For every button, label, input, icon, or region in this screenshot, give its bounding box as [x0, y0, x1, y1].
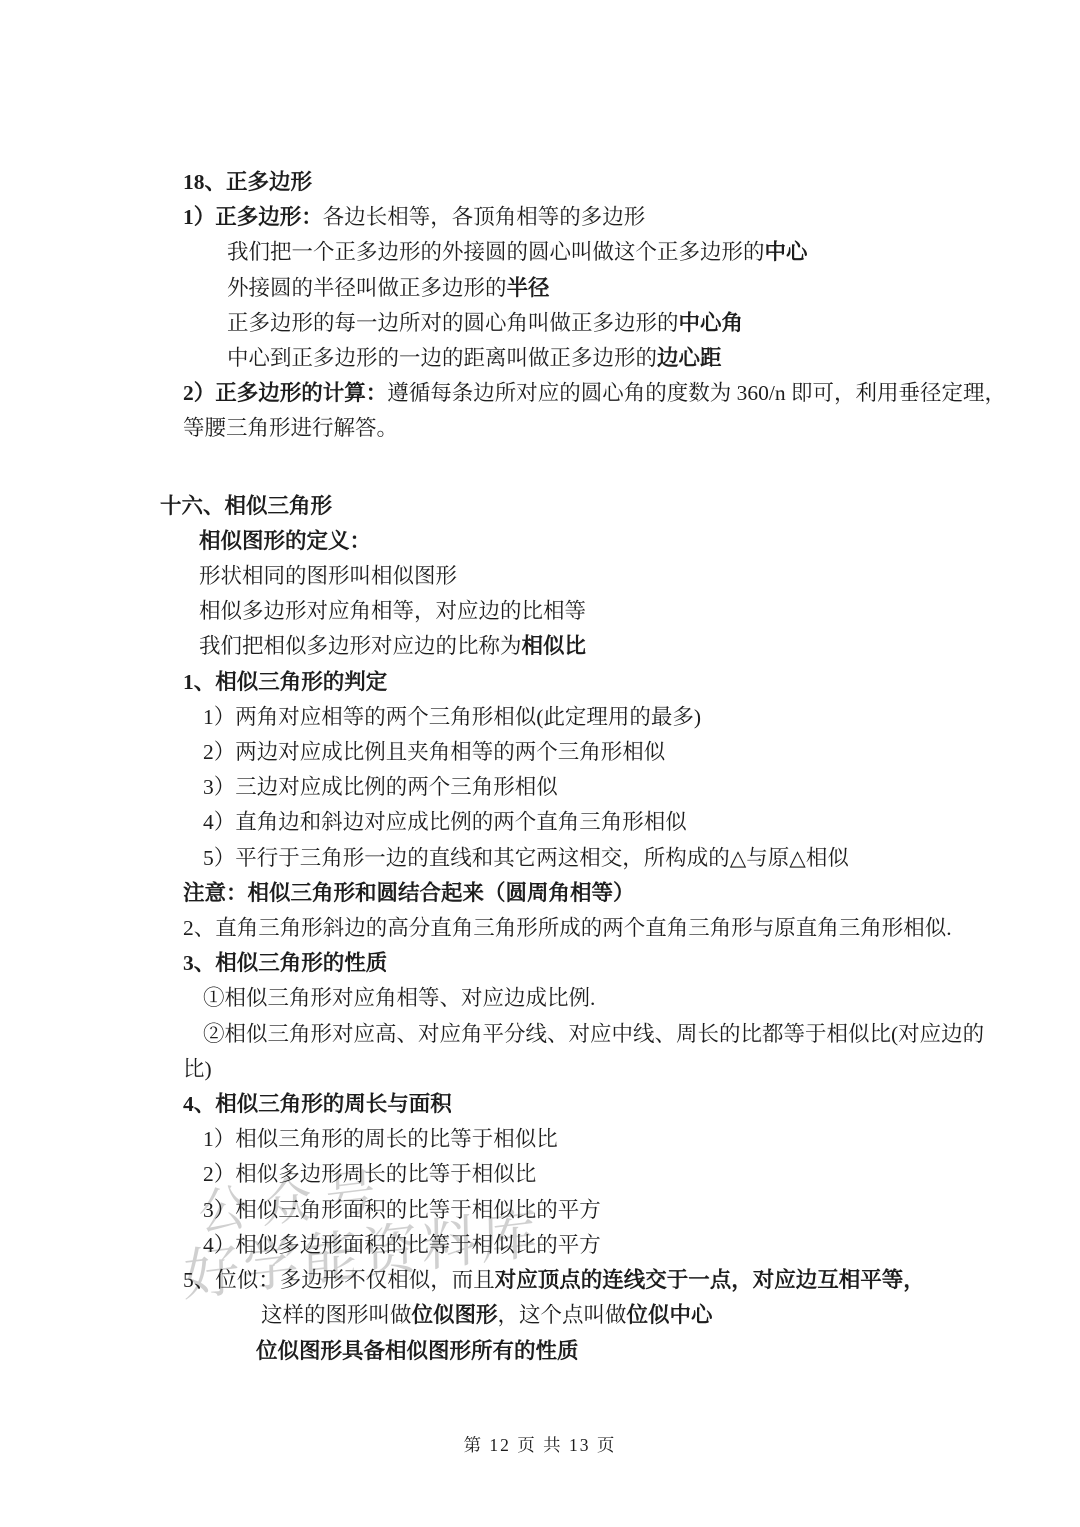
text-run: 外接圆的半径叫做正多边形的 [227, 276, 507, 300]
text-line: 中心到正多边形的一边的距离叫做正多边形的边心距 [227, 341, 950, 376]
text-line: 形状相同的图形叫相似图形 [199, 559, 950, 594]
text-run-bold: 中心 [765, 240, 808, 264]
text-line: 2、直角三角形斜边的高分直角三角形所成的两个直角三角形与原直角三角形相似. [183, 911, 950, 946]
text-line: 正多边形的每一边所对的圆心角叫做正多边形的中心角 [227, 306, 950, 341]
text-line: 2）正多边形的计算：遵循每条边所对应的圆心角的度数为 360/n 即可，利用垂径… [183, 376, 950, 411]
text-run: 2）两边对应成比例且夹角相等的两个三角形相似 [203, 740, 665, 764]
text-run-bold: 3、相似三角形的性质 [183, 951, 387, 975]
text-run: 5、位似：多边形不仅相似，而且 [183, 1268, 495, 1292]
text-run-bold: 十六、相似三角形 [160, 494, 332, 518]
text-line: 等腰三角形进行解答。 [183, 411, 950, 446]
text-run: 2、直角三角形斜边的高分直角三角形所成的两个直角三角形与原直角三角形相似. [183, 916, 952, 940]
text-line: 3、相似三角形的性质 [183, 946, 950, 981]
text-run: 4）直角边和斜边对应成比例的两个直角三角形相似 [203, 810, 687, 834]
page-footer: 第 12 页 共 13 页 [0, 1432, 1080, 1457]
text-run: ②相似三角形对应高、对应角平分线、对应中线、周长的比都等于相似比(对应边的 [203, 1022, 984, 1046]
text-line: 18、正多边形 [183, 165, 950, 200]
text-line: ①相似三角形对应角相等、对应边成比例. [203, 981, 950, 1016]
text-run: 2）相似多边形周长的比等于相似比 [203, 1162, 536, 1186]
text-run-bold: 半径 [507, 276, 550, 300]
text-run: 比) [183, 1057, 212, 1081]
text-line: ②相似三角形对应高、对应角平分线、对应中线、周长的比都等于相似比(对应边的 [203, 1017, 950, 1052]
text-line: 1、相似三角形的判定 [183, 665, 950, 700]
text-run-bold: 位似中心 [627, 1303, 713, 1327]
text-run-bold: 对应顶点的连线交于一点，对应边互相平等， [495, 1268, 925, 1292]
text-line: 我们把相似多边形对应边的比称为相似比 [199, 629, 950, 664]
text-run-bold: 1）正多边形： [183, 205, 323, 229]
text-line: 2）两边对应成比例且夹角相等的两个三角形相似 [203, 735, 950, 770]
text-run-bold: 中心角 [679, 311, 744, 335]
text-run-bold: 注意：相似三角形和圆结合起来（圆周角相等） [183, 881, 635, 905]
text-line: 5）平行于三角形一边的直线和其它两这相交，所构成的△与原△相似 [203, 841, 950, 876]
text-run-bold: 4、相似三角形的周长与面积 [183, 1092, 452, 1116]
text-line: 4）相似多边形面积的比等于相似比的平方 [203, 1228, 950, 1263]
text-run: 各边长相等，各顶角相等的多边形 [323, 205, 646, 229]
text-run-bold: 位似图形具备相似图形所有的性质 [256, 1339, 579, 1363]
text-line: 这样的图形叫做位似图形，这个点叫做位似中心 [261, 1298, 950, 1333]
text-line: 4）直角边和斜边对应成比例的两个直角三角形相似 [203, 805, 950, 840]
text-run: 1）相似三角形的周长的比等于相似比 [203, 1127, 558, 1151]
text-run: 5）平行于三角形一边的直线和其它两这相交，所构成的△与原△相似 [203, 846, 849, 870]
text-line: 十六、相似三角形 [160, 489, 950, 524]
text-run-bold: 2）正多边形的计算： [183, 381, 387, 405]
document-body: 18、正多边形1）正多边形：各边长相等，各顶角相等的多边形我们把一个正多边形的外… [160, 165, 950, 1369]
text-run-bold: 18、正多边形 [183, 170, 312, 194]
text-run-bold: 相似比 [522, 634, 587, 658]
text-run-bold: 1、相似三角形的判定 [183, 670, 387, 694]
text-run: 正多边形的每一边所对的圆心角叫做正多边形的 [227, 311, 679, 335]
text-line: 比) [183, 1052, 950, 1087]
text-run: ①相似三角形对应角相等、对应边成比例. [203, 986, 595, 1010]
text-line: 3）相似三角形面积的比等于相似比的平方 [203, 1193, 950, 1228]
text-line: 1）相似三角形的周长的比等于相似比 [203, 1122, 950, 1157]
text-run: 1）两角对应相等的两个三角形相似(此定理用的最多) [203, 705, 701, 729]
text-run: 我们把一个正多边形的外接圆的圆心叫做这个正多边形的 [227, 240, 765, 264]
text-run: 4）相似多边形面积的比等于相似比的平方 [203, 1233, 601, 1257]
text-run: 中心到正多边形的一边的距离叫做正多边形的 [227, 346, 657, 370]
text-run: 这样的图形叫做 [261, 1303, 412, 1327]
text-run-bold: 相似图形的定义： [199, 529, 371, 553]
text-run: 3）三边对应成比例的两个三角形相似 [203, 775, 558, 799]
text-line: 相似图形的定义： [199, 524, 950, 559]
text-run-bold: 位似图形 [412, 1303, 498, 1327]
text-line: 注意：相似三角形和圆结合起来（圆周角相等） [183, 876, 950, 911]
text-line: 位似图形具备相似图形所有的性质 [256, 1334, 950, 1369]
text-run: 等腰三角形进行解答。 [183, 416, 398, 440]
text-line: 1）两角对应相等的两个三角形相似(此定理用的最多) [203, 700, 950, 735]
text-line: 我们把一个正多边形的外接圆的圆心叫做这个正多边形的中心 [227, 235, 950, 270]
text-run-bold: 边心距 [657, 346, 722, 370]
text-line: 外接圆的半径叫做正多边形的半径 [227, 271, 950, 306]
text-line: 5、位似：多边形不仅相似，而且对应顶点的连线交于一点，对应边互相平等， [183, 1263, 950, 1298]
text-line: 1）正多边形：各边长相等，各顶角相等的多边形 [183, 200, 950, 235]
text-line: 4、相似三角形的周长与面积 [183, 1087, 950, 1122]
text-run: 3）相似三角形面积的比等于相似比的平方 [203, 1198, 601, 1222]
text-run: 形状相同的图形叫相似图形 [199, 564, 457, 588]
text-line: 2）相似多边形周长的比等于相似比 [203, 1157, 950, 1192]
text-run: ，这个点叫做 [498, 1303, 627, 1327]
text-line: 3）三边对应成比例的两个三角形相似 [203, 770, 950, 805]
text-line: 相似多边形对应角相等，对应边的比相等 [199, 594, 950, 629]
document-page: 公众号 好学能资料库 18、正多边形1）正多边形：各边长相等，各顶角相等的多边形… [0, 0, 1080, 1527]
text-run: 相似多边形对应角相等，对应边的比相等 [199, 599, 586, 623]
text-run: 我们把相似多边形对应边的比称为 [199, 634, 522, 658]
text-run: 遵循每条边所对应的圆心角的度数为 360/n 即可，利用垂径定理， [387, 381, 1006, 405]
